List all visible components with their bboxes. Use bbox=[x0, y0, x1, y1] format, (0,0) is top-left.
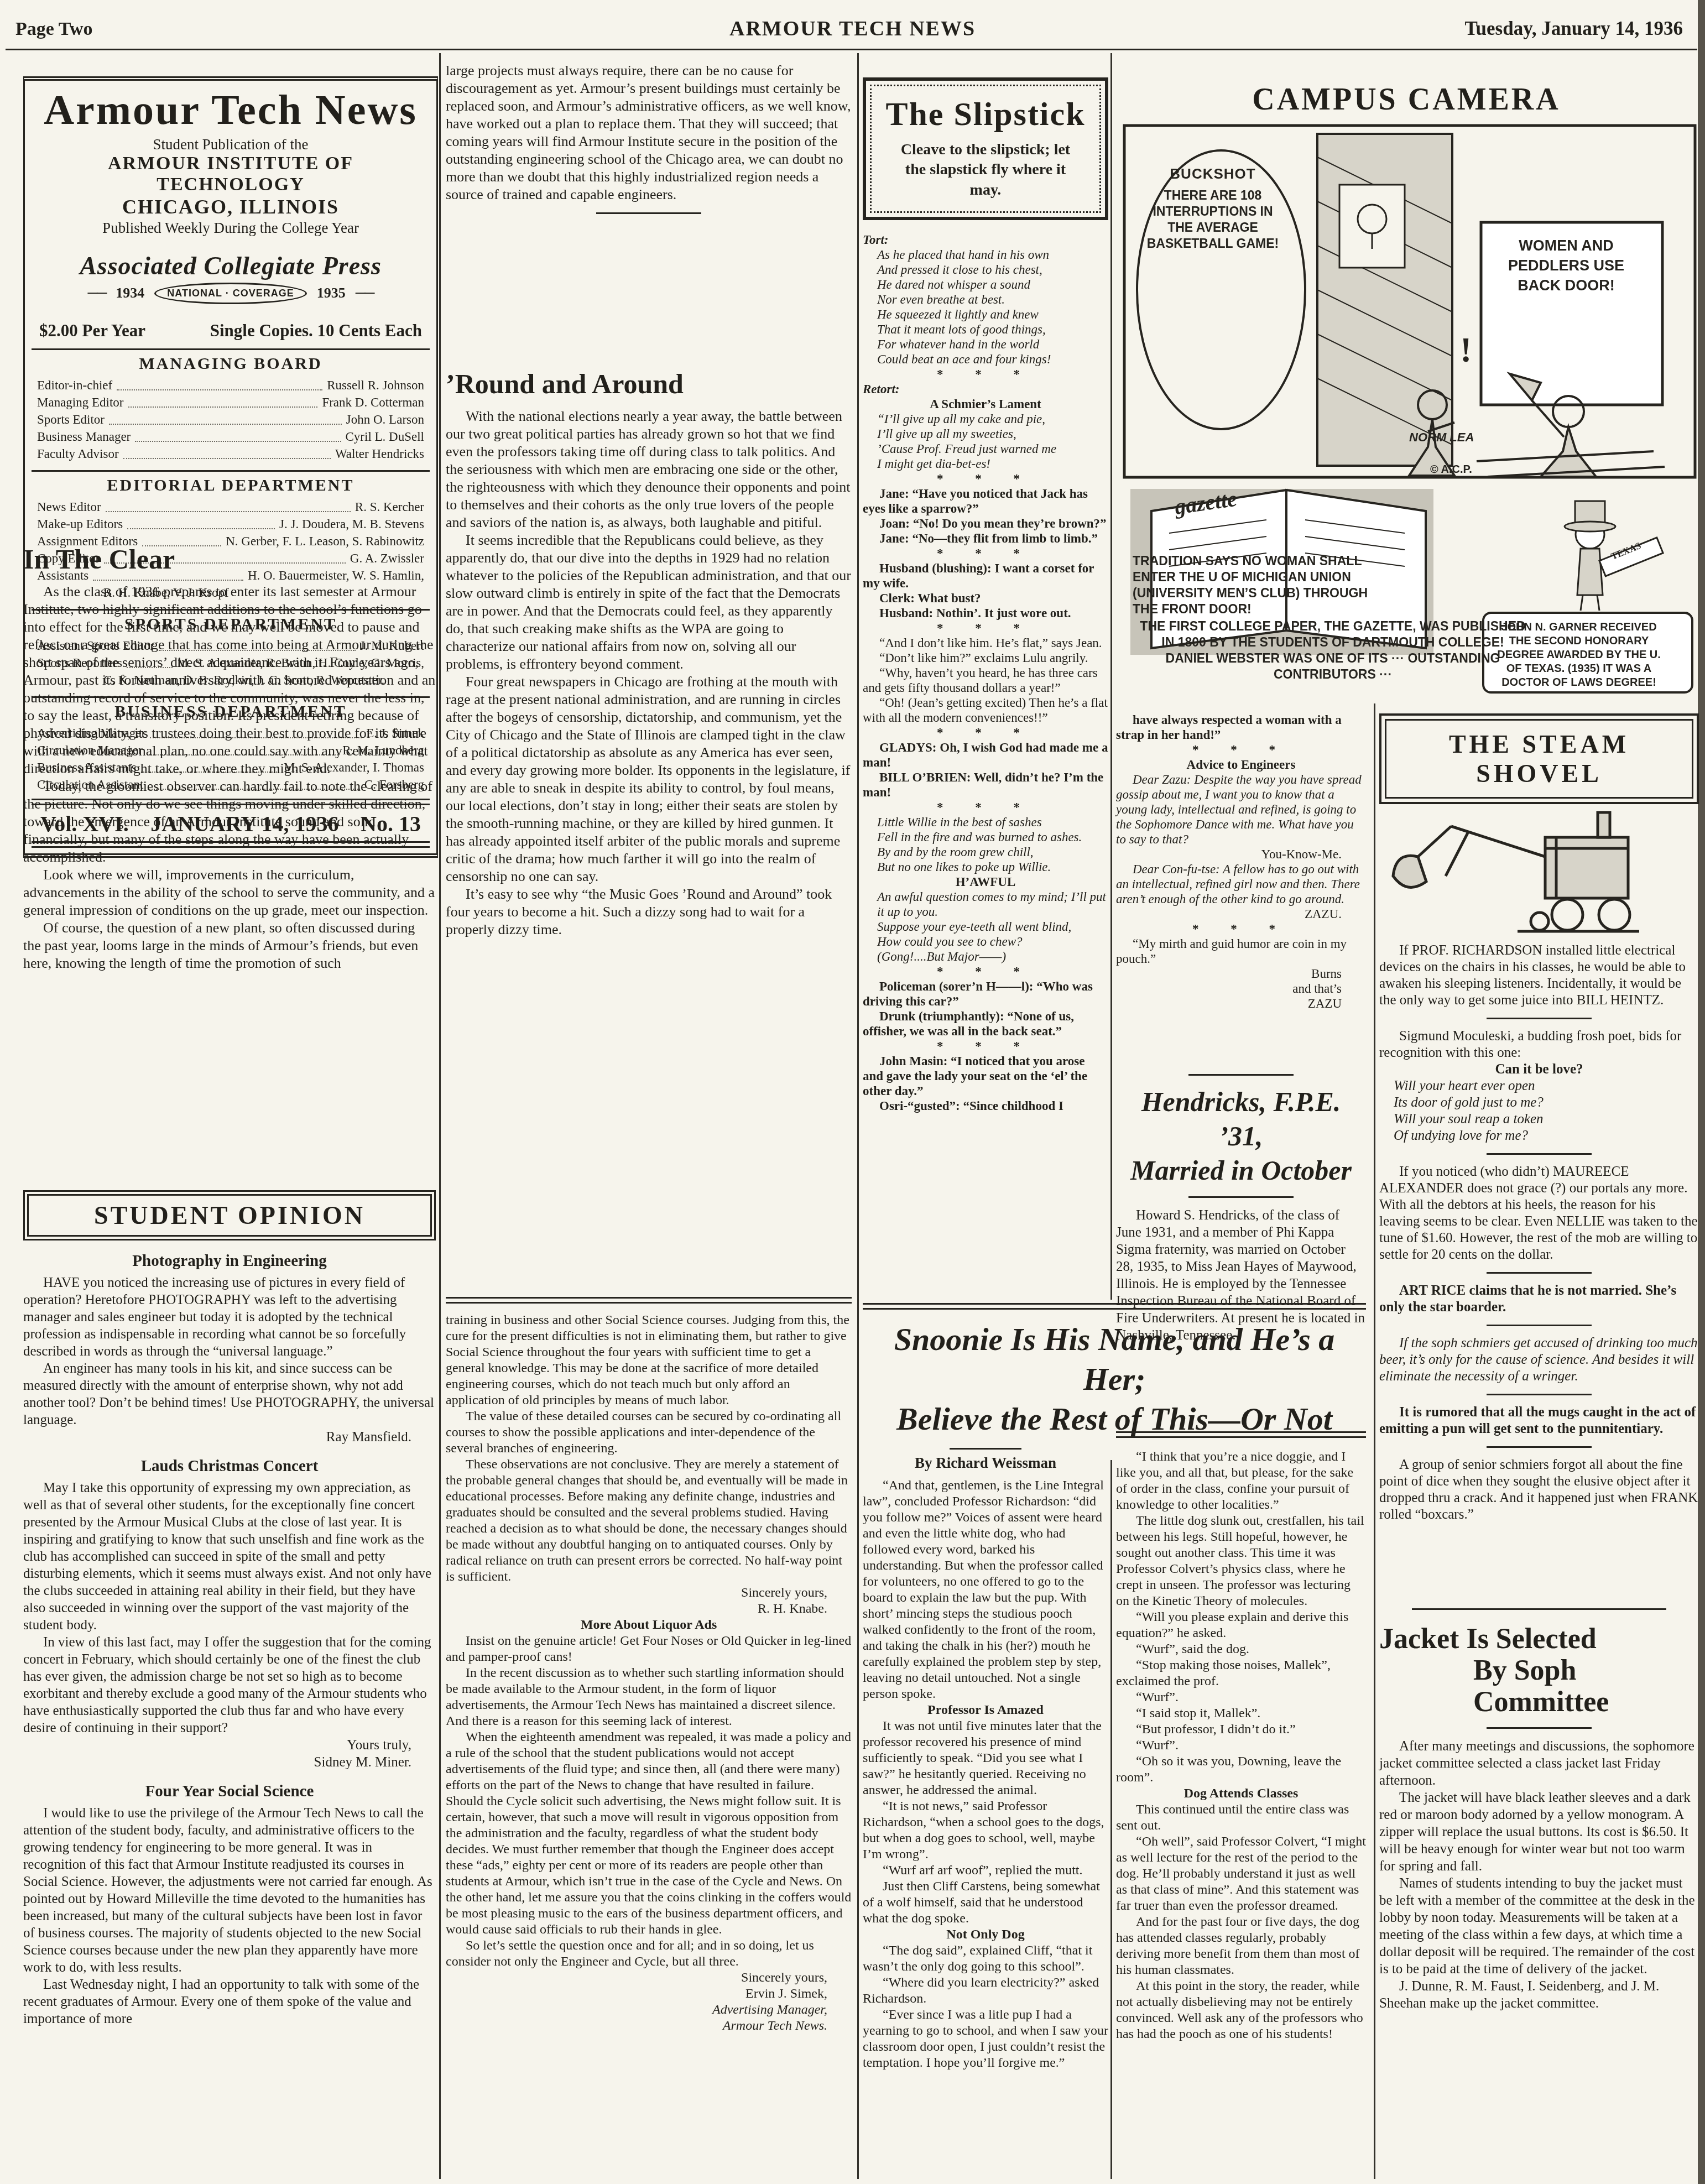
in-the-clear-headline: In The Clear bbox=[23, 545, 436, 574]
snoonie-headline-block: Snoonie Is His Name, and He’s a Her; Bel… bbox=[863, 1303, 1366, 1439]
steam-shovel-title-box: THE STEAM SHOVEL bbox=[1379, 713, 1699, 804]
jacket-headline-1: Jacket Is Selected bbox=[1379, 1623, 1699, 1655]
hendricks-headline-2: Married in October bbox=[1116, 1153, 1366, 1187]
section-rule bbox=[1412, 1608, 1666, 1610]
photography-head: Photography in Engineering bbox=[23, 1253, 436, 1270]
snoonie-body-a: “And that, gentlemen, is the Line Integr… bbox=[863, 1478, 1108, 2071]
managing-board-title: MANAGING BOARD bbox=[37, 355, 424, 373]
running-title: ARMOUR TECH NEWS bbox=[0, 17, 1705, 41]
masthead-title: Armour Tech News bbox=[37, 88, 424, 133]
column2-bottom-section: training in business and other Social Sc… bbox=[446, 1297, 852, 2034]
buckshot-label: BUCKSHOT bbox=[1144, 166, 1282, 182]
slipstick-column: The Slipstick Cleave to the slipstick; l… bbox=[863, 77, 1108, 1291]
slipstick-items-2: have always respected a woman with a str… bbox=[1116, 712, 1366, 1011]
lauds-head: Lauds Christmas Concert bbox=[23, 1458, 436, 1475]
byline-rule bbox=[950, 1448, 1021, 1450]
steam-shovel-column: THE STEAM SHOVEL If PROF. RICHARDSON ins… bbox=[1379, 713, 1699, 1602]
snoonie-column-b: “I think that you’re a nice doggie, and … bbox=[1116, 1431, 1366, 2042]
student-opinion-section: STUDENT OPINION Photography in Engineeri… bbox=[23, 1190, 436, 2027]
snoonie-column-a: By Richard Weissman “And that, gentlemen… bbox=[863, 1448, 1108, 2071]
steam-shovel-illustration bbox=[1379, 804, 1699, 942]
column-divider-4 bbox=[1374, 703, 1375, 2179]
photography-body: HAVE you noticed the increasing use of p… bbox=[23, 1274, 436, 1446]
masthead-frequency: Published Weekly During the College Year bbox=[37, 220, 424, 237]
issue-date: Tuesday, January 14, 1936 bbox=[1464, 18, 1683, 40]
masthead-rule bbox=[32, 348, 430, 350]
acp-oval-emblem: NATIONAL · COVERAGE bbox=[154, 283, 306, 304]
column-divider-1 bbox=[439, 53, 441, 2179]
buckshot-text: There are 108 interruptions in the avera… bbox=[1144, 187, 1282, 252]
managing-board-list: Editor-in-chiefRussell R. JohnsonManagin… bbox=[37, 377, 424, 462]
slipstick-items: Tort:As he placed that hand in his ownAn… bbox=[863, 232, 1108, 1113]
acp-badge-name: Associated Collegiate Press bbox=[37, 251, 424, 280]
section-rule bbox=[1487, 1727, 1592, 1729]
tradition-caption: Tradition says no woman shall enter the … bbox=[1133, 553, 1370, 617]
steam-shovel-title: THE STEAM SHOVEL bbox=[1385, 719, 1693, 799]
article-in-the-clear: In The Clear As the class of 1936 prepar… bbox=[23, 545, 436, 972]
cartoonist-signature: Norm Lea bbox=[1409, 430, 1474, 445]
column-divider-3a bbox=[1110, 53, 1112, 1300]
socsci-head: Four Year Social Science bbox=[23, 1783, 436, 1800]
header-rule bbox=[6, 49, 1697, 50]
subscription-price: $2.00 Per Year bbox=[39, 321, 145, 341]
slipstick-continuation: have always respected a woman with a str… bbox=[1116, 712, 1366, 1011]
column-divider-3b bbox=[1110, 1460, 1112, 2179]
section-rule bbox=[1188, 1074, 1294, 1076]
student-opinion-box-title: STUDENT OPINION bbox=[23, 1190, 436, 1240]
masthead-institute: ARMOUR INSTITUTE OF TECHNOLOGY bbox=[37, 153, 424, 195]
jacket-headline-2: By Soph Committee bbox=[1379, 1655, 1699, 1718]
masthead-rule bbox=[32, 470, 430, 472]
hendricks-headline-1: Hendricks, F.P.E. ’31, bbox=[1116, 1085, 1366, 1153]
snoonie-byline: By Richard Weissman bbox=[863, 1455, 1108, 1471]
single-copy-price: Single Copies. 10 Cents Each bbox=[210, 321, 422, 341]
slipstick-motto: Cleave to the slipstick; let the slapsti… bbox=[890, 140, 1081, 200]
masthead-city: CHICAGO, ILLINOIS bbox=[37, 195, 424, 218]
buckshot-caption: BUCKSHOT There are 108 interruptions in … bbox=[1144, 166, 1282, 252]
snoonie-rule-top bbox=[863, 1303, 1366, 1310]
slipstick-box: The Slipstick Cleave to the slipstick; l… bbox=[863, 77, 1108, 220]
steam-shovel-body: If PROF. RICHARDSON installed little ele… bbox=[1379, 942, 1699, 1523]
article-round-and-around: ’Round and Around With the national elec… bbox=[446, 369, 852, 939]
article-jacket: Jacket Is Selected By Soph Committee Aft… bbox=[1379, 1608, 1699, 2012]
editorial-dept-title: EDITORIAL DEPARTMENT bbox=[37, 476, 424, 495]
garner-caption: John N. Garner received the second honor… bbox=[1493, 621, 1665, 690]
snoonie-headline-1: Snoonie Is His Name, and He’s a Her; bbox=[863, 1320, 1366, 1399]
jacket-body: After many meetings and discussions, the… bbox=[1379, 1738, 1699, 2012]
acp-year-right: 1935 bbox=[317, 285, 346, 301]
snoonie-body-b: “I think that you’re a nice doggie, and … bbox=[1116, 1449, 1366, 2042]
acp-year-left: 1934 bbox=[116, 285, 144, 301]
gazette-caption: The first college paper, the GAZETTE, wa… bbox=[1139, 618, 1526, 682]
socsci-continuation-and-liquor-ads: training in business and other Social Sc… bbox=[446, 1312, 852, 2034]
in-the-clear-body: As the class of 1936 prepares to enter i… bbox=[23, 583, 436, 972]
snoonie-rule-mid bbox=[1116, 1431, 1366, 1438]
campus-camera-title: CAMPUS CAMERA bbox=[1116, 82, 1697, 117]
round-and-around-headline: ’Round and Around bbox=[446, 369, 852, 399]
column-divider-2 bbox=[857, 53, 859, 2179]
acp-badge: Associated Collegiate Press ── 1934 NATI… bbox=[37, 251, 424, 304]
round-and-around-body: With the national elections nearly a yea… bbox=[446, 408, 852, 939]
in-the-clear-continuation-body: large projects must always require, ther… bbox=[446, 62, 852, 214]
acp-copyright: © A.C.P. bbox=[1430, 463, 1472, 476]
newspaper-page: Page Two ARMOUR TECH NEWS Tuesday, Janua… bbox=[0, 0, 1705, 2184]
door-art bbox=[1317, 134, 1452, 466]
lauds-body: May I take this opportunity of expressin… bbox=[23, 1479, 436, 1771]
section-rule bbox=[1188, 1196, 1294, 1198]
slipstick-title: The Slipstick bbox=[877, 95, 1094, 133]
exclamation-mark: ! bbox=[1460, 330, 1472, 369]
section-rule bbox=[446, 1297, 852, 1304]
masthead-subtitle-1: Student Publication of the bbox=[37, 136, 424, 153]
in-the-clear-continuation: large projects must always require, ther… bbox=[446, 62, 852, 223]
socsci-body: I would like to use the privilege of the… bbox=[23, 1805, 436, 2027]
backdoor-sign-text: Women and peddlers use back door! bbox=[1491, 236, 1641, 295]
